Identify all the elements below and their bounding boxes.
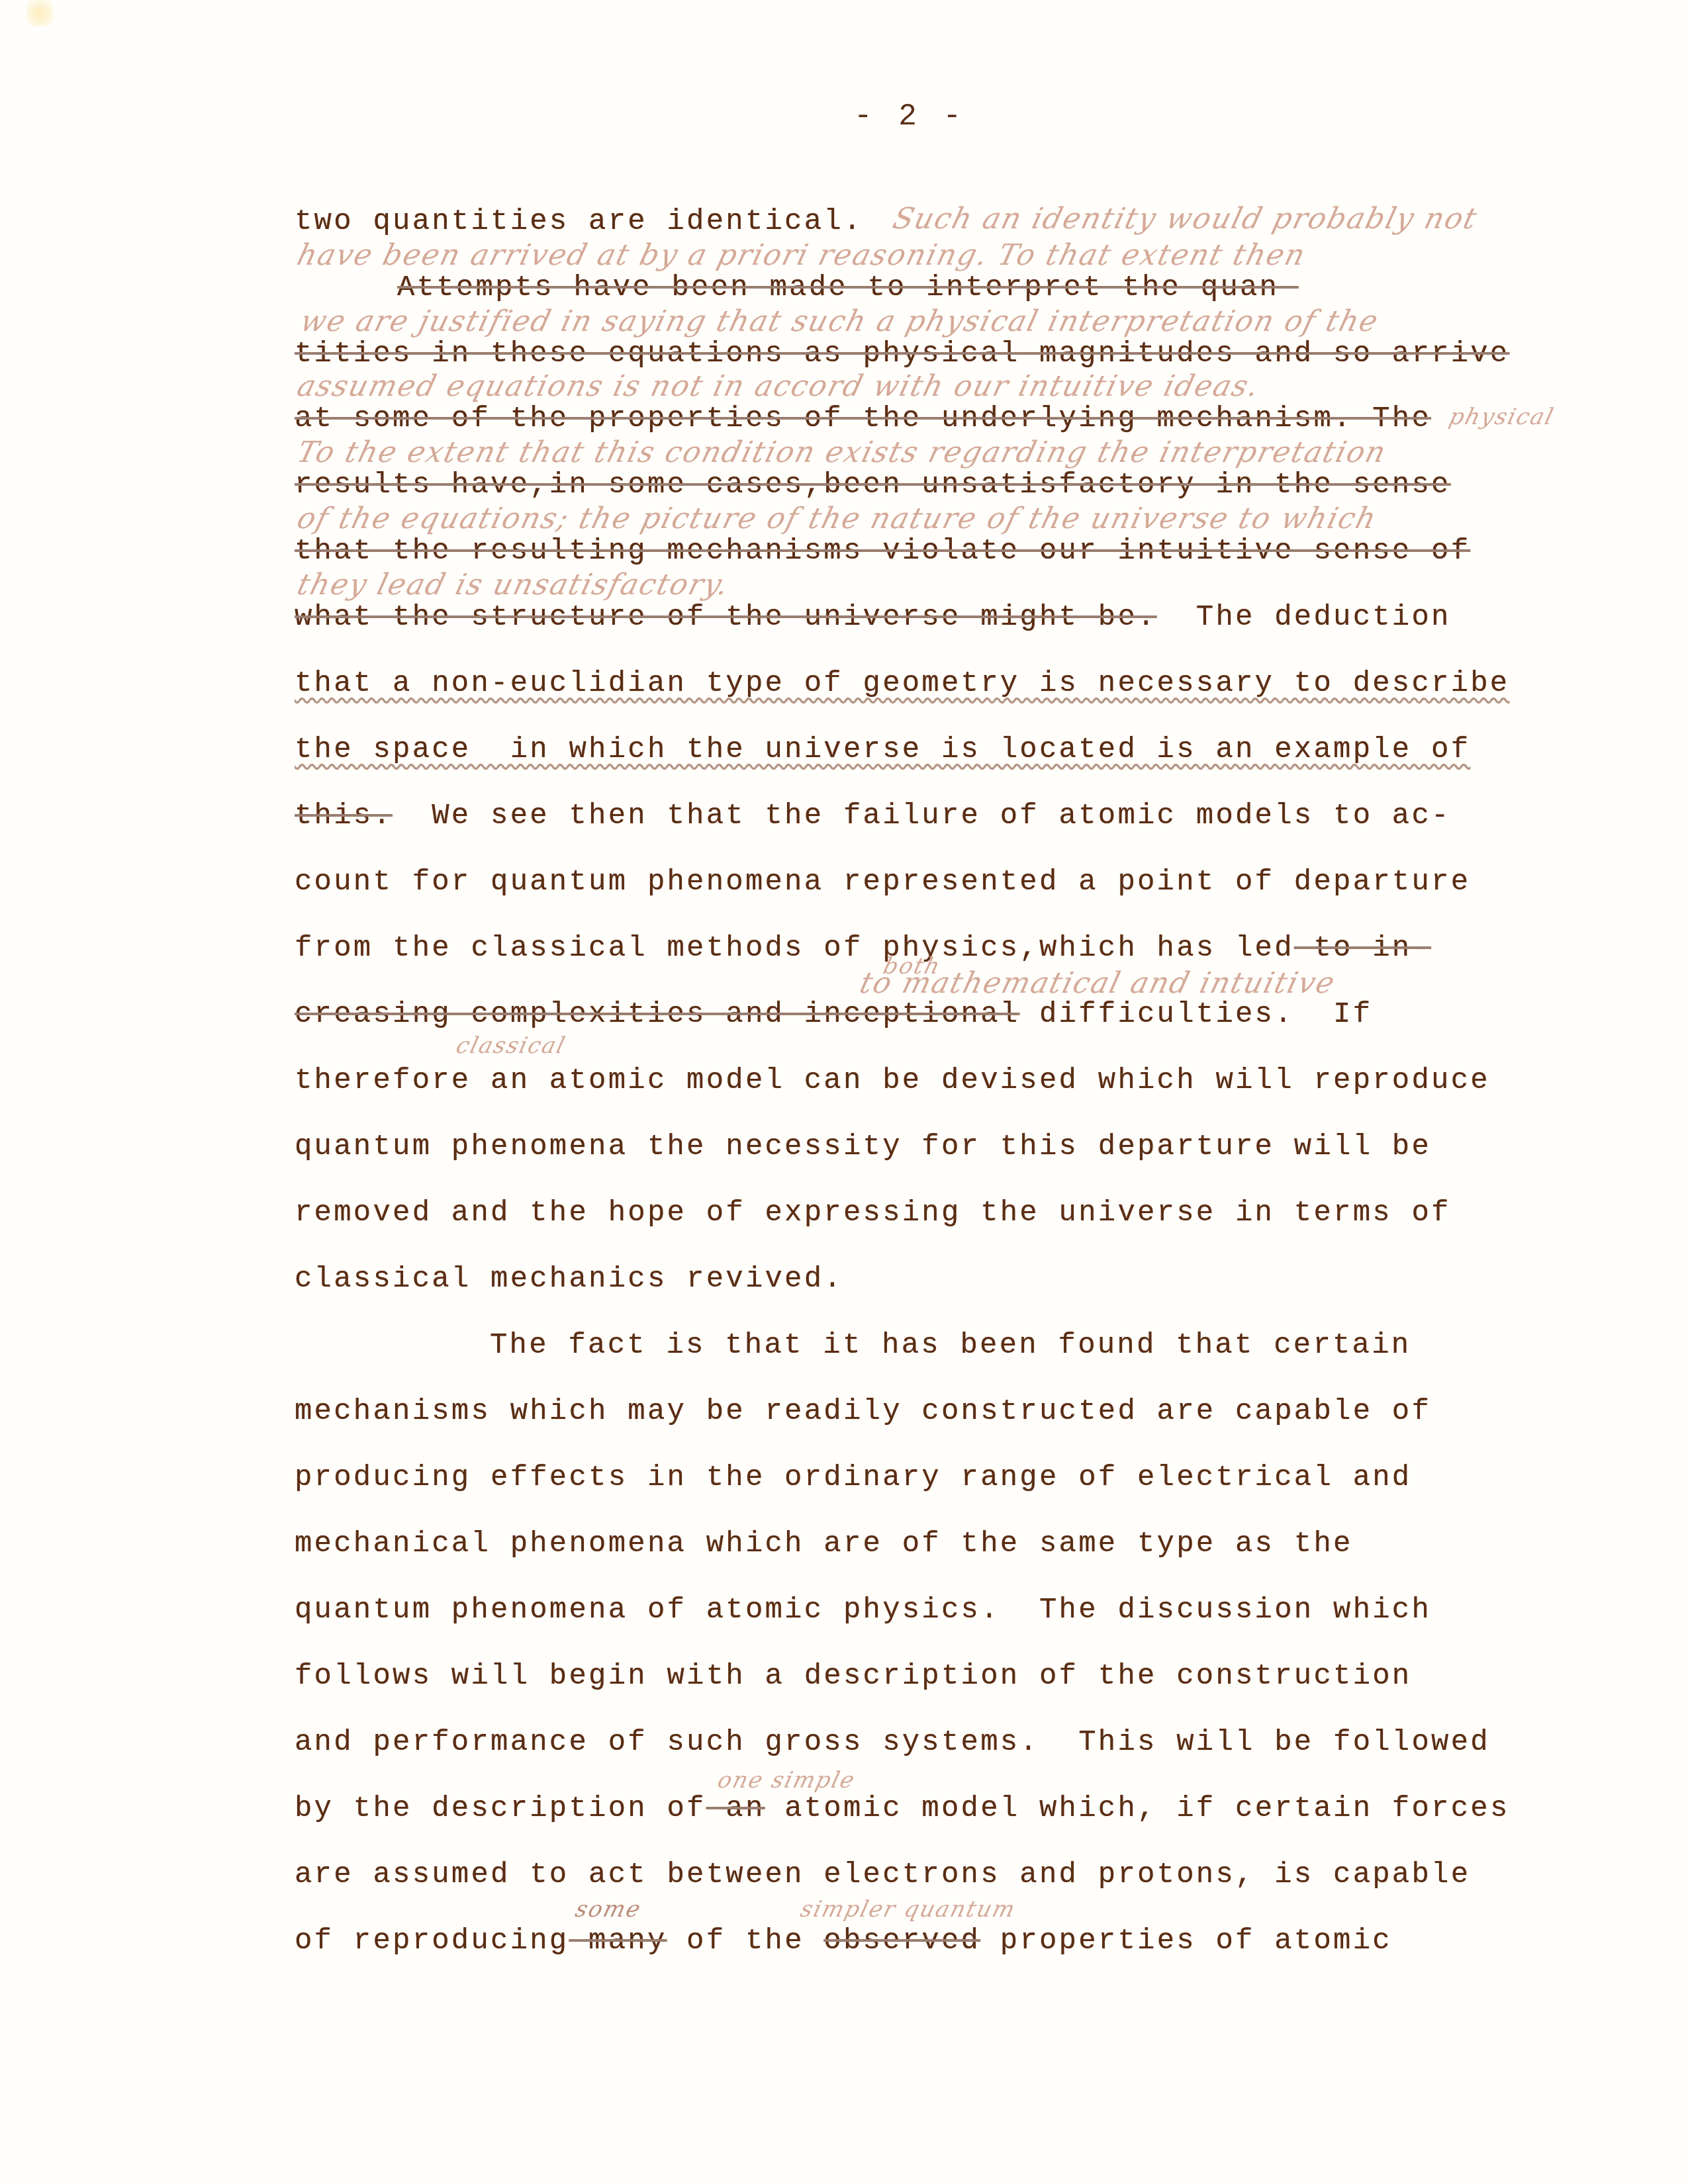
page-number: - 2 - bbox=[854, 99, 965, 134]
typed-line: classical mechanics revived. bbox=[295, 1263, 843, 1296]
handwritten-note: have been arrived at by a priori reasoni… bbox=[294, 238, 1310, 272]
handwritten-note: physical bbox=[1446, 404, 1557, 430]
typed-line-text: what the structure of the universe might… bbox=[295, 601, 1157, 634]
document-page: - 2 - two quantities are identical.Attem… bbox=[0, 0, 1688, 2184]
typed-line: The fact is that it has been found that … bbox=[490, 1329, 1411, 1362]
handwritten-note: one simple bbox=[715, 1767, 859, 1794]
typed-line: count for quantum phenomena represented … bbox=[295, 866, 1470, 899]
typed-line: producing effects in the ordinary range … bbox=[295, 1461, 1411, 1494]
typed-line-text: two quantities are identical. bbox=[295, 205, 863, 238]
typed-line-suffix: The deduction bbox=[1157, 601, 1451, 634]
typed-line-text: classical mechanics revived. bbox=[295, 1263, 843, 1296]
typed-line: creasing complexities and inceptional di… bbox=[295, 998, 1372, 1031]
typed-line-suffix: We see then that the failure of atomic m… bbox=[393, 799, 1451, 833]
typed-line: that the resulting mechanisms violate ou… bbox=[295, 535, 1470, 568]
typed-line-text: producing effects in the ordinary range … bbox=[295, 1461, 1411, 1494]
typed-line-text: removed and the hope of expressing the u… bbox=[295, 1197, 1451, 1230]
handwritten-note: of the equations; the picture of the nat… bbox=[294, 502, 1381, 535]
typed-line-text: tities in these equations as physical ma… bbox=[295, 338, 1509, 371]
typed-line-suffix: of the bbox=[667, 1925, 824, 1958]
typed-line: quantum phenomena the necessity for this… bbox=[295, 1130, 1431, 1163]
typed-line-text: follows will begin with a description of… bbox=[295, 1660, 1411, 1693]
typed-line: tities in these equations as physical ma… bbox=[295, 338, 1509, 371]
handwritten-note: we are justified in saying that such a p… bbox=[297, 304, 1383, 338]
typed-line: Attempts have been made to interpret the… bbox=[397, 271, 1299, 304]
handwritten-note: to mathematical and intuitive bbox=[857, 966, 1339, 1000]
typed-line-text: results have,in some cases,been unsatisf… bbox=[295, 469, 1451, 502]
paper-stain bbox=[26, 0, 53, 26]
handwritten-note: Such an identity would probably not bbox=[890, 202, 1481, 236]
typed-line-suffix: properties of atomic bbox=[980, 1925, 1392, 1958]
typed-line-text: this. bbox=[295, 799, 393, 833]
typed-line-text: count for quantum phenomena represented … bbox=[295, 866, 1470, 899]
typed-line: what the structure of the universe might… bbox=[295, 601, 1451, 634]
handwritten-note: simpler quantum bbox=[798, 1896, 1019, 1923]
typed-line-text: are assumed to act between electrons and… bbox=[295, 1858, 1470, 1891]
typed-line: quantum phenomena of atomic physics. The… bbox=[295, 1594, 1431, 1627]
handwritten-note: To the extent that this condition exists… bbox=[294, 435, 1391, 469]
typed-line-text: that the resulting mechanisms violate ou… bbox=[295, 535, 1470, 568]
typed-line-suffix: difficulties. If bbox=[1019, 998, 1372, 1031]
typed-line-text: the space in which the universe is locat… bbox=[295, 733, 1470, 766]
typed-line: by the description of an atomic model wh… bbox=[295, 1792, 1510, 1825]
typed-line-text: quantum phenomena of atomic physics. The… bbox=[295, 1594, 1431, 1627]
struck-word: observed bbox=[823, 1925, 980, 1958]
typed-line-text: at some of the properties of the underly… bbox=[295, 402, 1353, 435]
typed-line: follows will begin with a description of… bbox=[295, 1660, 1411, 1693]
typed-line: that a non-euclidian type of geometry is… bbox=[295, 667, 1509, 700]
typed-line-text: Attempts have been made to interpret the… bbox=[397, 271, 1299, 304]
typed-line: at some of the properties of the underly… bbox=[295, 402, 1431, 435]
handwritten-note: they lead is unsatisfactory. bbox=[294, 568, 733, 602]
typed-line: and performance of such gross systems. T… bbox=[295, 1726, 1490, 1759]
typed-line-text: of reproducing bbox=[295, 1925, 569, 1958]
typed-line-text: creasing complexities and inceptional bbox=[295, 998, 1019, 1031]
typed-line-text: and performance of such gross systems. T… bbox=[295, 1726, 1490, 1759]
typed-line-text: by the description of bbox=[295, 1792, 706, 1825]
typed-line-suffix: atomic model which, if certain forces bbox=[765, 1792, 1510, 1825]
typed-line-text: mechanical phenomena which are of the sa… bbox=[295, 1527, 1353, 1561]
typed-line-text: mechanisms which may be readily construc… bbox=[295, 1395, 1431, 1428]
typed-line: two quantities are identical. bbox=[295, 205, 863, 238]
typed-line: are assumed to act between electrons and… bbox=[295, 1858, 1470, 1891]
typed-line: removed and the hope of expressing the u… bbox=[295, 1197, 1451, 1230]
typed-line-text: quantum phenomena the necessity for this… bbox=[295, 1130, 1431, 1163]
typed-line: results have,in some cases,been unsatisf… bbox=[295, 469, 1451, 502]
typed-line-text: from the classical methods of physics,wh… bbox=[295, 932, 1294, 965]
struck-word: to in- bbox=[1294, 932, 1431, 965]
struck-word: many bbox=[569, 1925, 667, 1958]
typed-line: mechanisms which may be readily construc… bbox=[295, 1395, 1431, 1428]
typed-line: mechanical phenomena which are of the sa… bbox=[295, 1527, 1353, 1561]
typed-line-text: that a non-euclidian type of geometry is… bbox=[295, 667, 1509, 700]
handwritten-note: classical bbox=[453, 1032, 569, 1059]
struck-word: an bbox=[706, 1792, 765, 1825]
typed-line: therefore an atomic model can be devised… bbox=[295, 1064, 1490, 1097]
typed-line-text: therefore an atomic model can be devised… bbox=[295, 1064, 1490, 1097]
handwritten-note: some bbox=[573, 1896, 644, 1923]
typed-line: from the classical methods of physics,wh… bbox=[295, 932, 1431, 965]
struck-word: The bbox=[1353, 402, 1431, 435]
handwritten-note: assumed equations is not in accord with … bbox=[294, 369, 1264, 403]
typed-line: this. We see then that the failure of at… bbox=[295, 799, 1451, 833]
typed-line-text: The fact is that it has been found that … bbox=[490, 1329, 1411, 1362]
typed-line: of reproducing many of the observed prop… bbox=[295, 1925, 1392, 1958]
typed-line: the space in which the universe is locat… bbox=[295, 733, 1470, 766]
